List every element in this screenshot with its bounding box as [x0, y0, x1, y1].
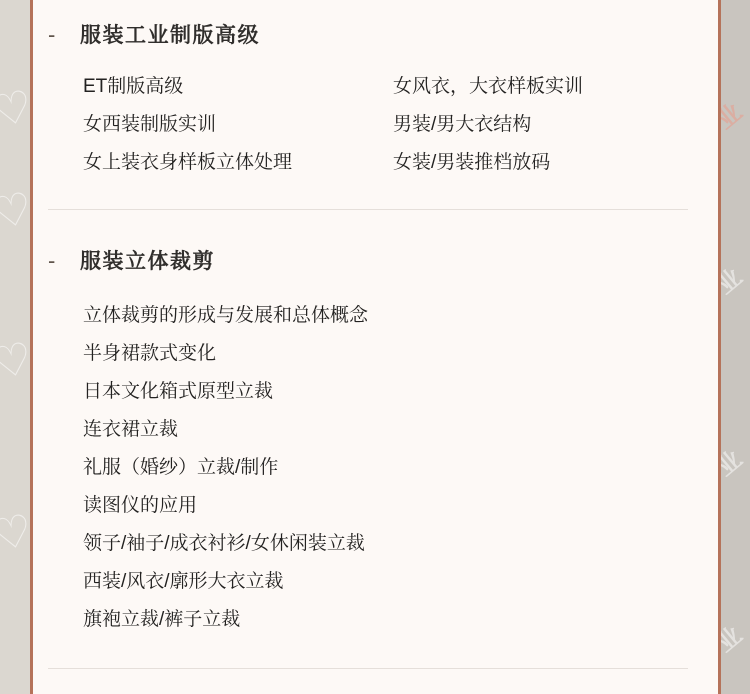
heart-watermark-icon: ♡	[0, 186, 30, 237]
course-item: 礼服（婚纱）立裁/制作	[83, 449, 718, 487]
heart-watermark-icon: ♡	[0, 84, 30, 135]
course-item: 半身裙款式变化	[83, 335, 718, 373]
section-divider	[48, 209, 688, 210]
left-margin-strip: ♡ ♡ ♡ ♡	[0, 0, 30, 694]
text-watermark: 业	[721, 447, 747, 481]
text-watermark: 业	[721, 265, 747, 299]
section-draping: - 服装立体裁剪 立体裁剪的形成与发展和总体概念 半身裙款式变化 日本文化箱式原…	[33, 247, 718, 669]
course-item: 领子/袖子/成衣衬衫/女休闲装立裁	[83, 525, 718, 563]
right-margin-strip: 业 业 业 业	[721, 0, 750, 694]
section-header[interactable]: - 服装立体裁剪	[33, 247, 718, 277]
section-pattern-making: - 服装工业制版高级 ET制版高级 女风衣，大衣样板实训 女西装制版实训 男装/…	[33, 21, 718, 210]
course-item: 立体裁剪的形成与发展和总体概念	[83, 297, 718, 335]
course-item: 日本文化箱式原型立裁	[83, 373, 718, 411]
course-item: 女上装衣身样板立体处理	[83, 144, 393, 182]
course-list: 立体裁剪的形成与发展和总体概念 半身裙款式变化 日本文化箱式原型立裁 连衣裙立裁…	[83, 297, 718, 639]
section-header[interactable]: - 服装工业制版高级	[33, 21, 718, 51]
course-item: 女装/男装推档放码	[393, 144, 718, 182]
collapse-dash-icon[interactable]: -	[48, 246, 55, 276]
course-item: 女风衣，大衣样板实训	[393, 68, 718, 106]
course-item: 连衣裙立裁	[83, 411, 718, 449]
section-title: 服装工业制版高级	[80, 24, 260, 47]
heart-watermark-icon: ♡	[0, 508, 30, 559]
course-item: 男装/男大衣结构	[393, 106, 718, 144]
course-item: 女西装制版实训	[83, 106, 393, 144]
course-item: ET制版高级	[83, 68, 393, 106]
course-grid: ET制版高级 女风衣，大衣样板实训 女西装制版实训 男装/男大衣结构 女上装衣身…	[83, 68, 718, 182]
course-item: 西装/风衣/廓形大衣立裁	[83, 563, 718, 601]
content-area: - 服装工业制版高级 ET制版高级 女风衣，大衣样板实训 女西装制版实训 男装/…	[33, 0, 718, 694]
collapse-dash-icon[interactable]: -	[48, 20, 55, 50]
heart-watermark-icon: ♡	[0, 336, 30, 387]
text-watermark: 业	[721, 100, 747, 134]
text-watermark: 业	[721, 623, 747, 657]
section-title: 服装立体裁剪	[80, 250, 215, 273]
course-item: 旗袍立裁/裤子立裁	[83, 601, 718, 639]
course-item: 读图仪的应用	[83, 487, 718, 525]
page: ♡ ♡ ♡ ♡ - 服装工业制版高级 ET制版高级 女风衣，大衣样板实训 女西装…	[0, 0, 750, 694]
section-divider	[48, 668, 688, 669]
